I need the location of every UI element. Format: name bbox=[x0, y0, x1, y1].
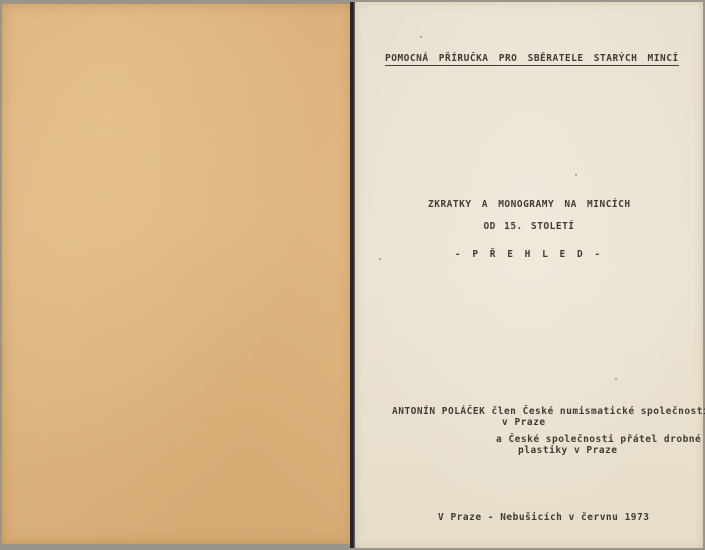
scanned-book-spread: POMOCNÁ PŘÍRUČKA PRO SBĚRATELE STARÝCH M… bbox=[0, 0, 705, 550]
main-title-line-1: ZKRATKY A MONOGRAMY NA MINCÍCH bbox=[428, 199, 631, 210]
paper-speck bbox=[575, 174, 577, 176]
main-title-line-2: OD 15. STOLETÍ bbox=[355, 221, 703, 232]
author-line-1: ANTONÍN POLÁČEK člen České numismatické … bbox=[392, 406, 705, 417]
author-line-2: v Praze bbox=[502, 417, 546, 428]
left-page-blank bbox=[2, 4, 352, 544]
paper-speck bbox=[615, 378, 617, 380]
place-and-date: V Praze - Nebušicích v červnu 1973 bbox=[438, 512, 649, 523]
paper-speck bbox=[420, 36, 422, 38]
paper-speck bbox=[379, 258, 381, 260]
overview-label: - P Ř E H L E D - bbox=[355, 249, 703, 260]
series-title: POMOCNÁ PŘÍRUČKA PRO SBĚRATELE STARÝCH M… bbox=[385, 53, 679, 66]
author-line-4: plastiky v Praze bbox=[518, 445, 618, 456]
author-line-3: a České společnosti přátel drobné bbox=[496, 434, 701, 445]
title-page: POMOCNÁ PŘÍRUČKA PRO SBĚRATELE STARÝCH M… bbox=[355, 2, 703, 548]
